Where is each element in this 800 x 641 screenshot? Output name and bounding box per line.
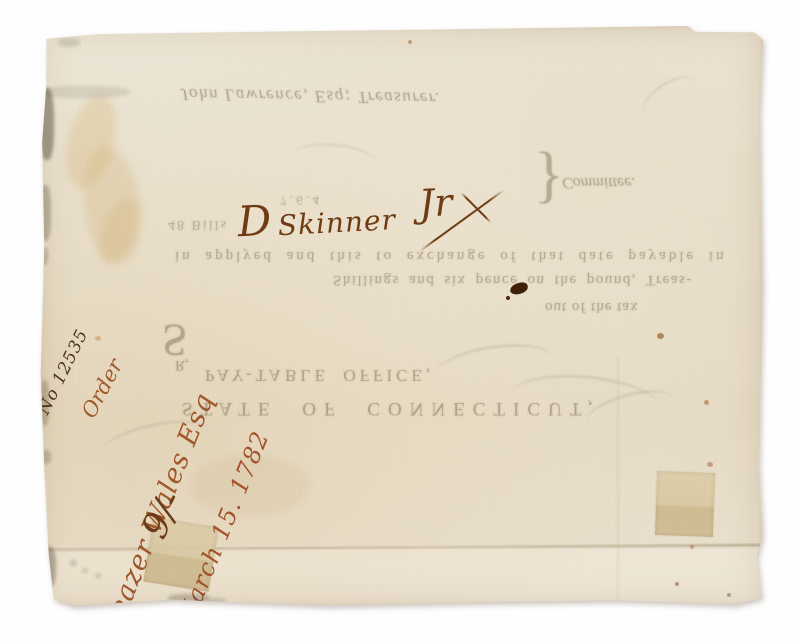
paper-surface: John Lawrence, Esq; Treasurer. } Committ… xyxy=(40,26,763,606)
paper-grain xyxy=(40,26,763,606)
document-photo: John Lawrence, Esq; Treasurer. } Committ… xyxy=(0,0,800,641)
paper-sheet: John Lawrence, Esq; Treasurer. } Committ… xyxy=(40,26,763,606)
